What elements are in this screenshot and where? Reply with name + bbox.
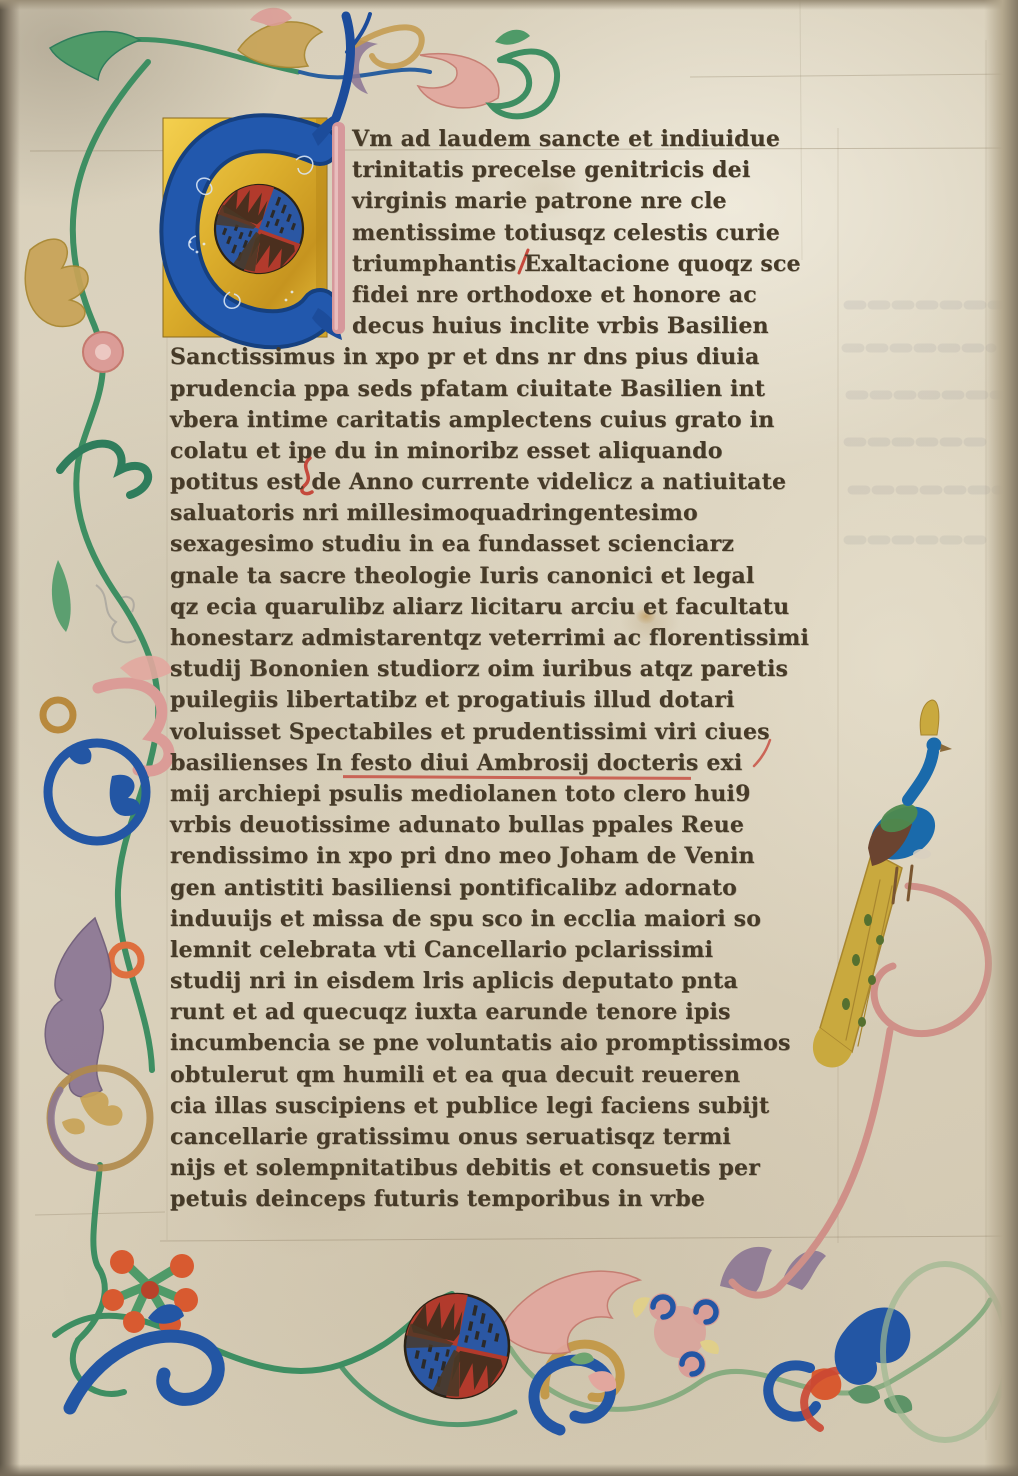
text-line: saluatoris nri millesimoquadringentesimo bbox=[170, 498, 850, 529]
text-line: gnale ta sacre theologie Iuris canonici … bbox=[170, 561, 850, 592]
ghost-text bbox=[846, 305, 1004, 540]
text-line: basilienses In festo diui Ambrosij docte… bbox=[170, 748, 850, 779]
text-line: colatu et ipe du in minoribz esset aliqu… bbox=[170, 436, 850, 467]
spiral-flower-cluster bbox=[633, 1293, 720, 1378]
peacock-head bbox=[927, 738, 942, 753]
text-line: petuis deinceps futuris temporibus in vr… bbox=[170, 1184, 850, 1215]
text-line: obtulerut qm humili et ea qua decuit reu… bbox=[170, 1060, 850, 1091]
text-line: puilegiis libertatibz et progatiuis illu… bbox=[170, 685, 850, 716]
text-line: Sanctissimus in xpo pr et dns nr dns piu… bbox=[170, 342, 850, 373]
text-line: lemnit celebrata vti Cancellario pclaris… bbox=[170, 935, 850, 966]
peacock-crest bbox=[920, 700, 939, 735]
text-block: Vm ad laudem sancte et indiuiduetrinitat… bbox=[170, 124, 850, 1216]
text-line: virginis marie patrone nre cle bbox=[170, 186, 850, 217]
text-line: studij nri in eisdem lris aplicis deputa… bbox=[170, 966, 850, 997]
text-line: vrbis deuotissime adunato bullas ppales … bbox=[170, 810, 850, 841]
manuscript-page: Vm ad laudem sancte et indiuiduetrinitat… bbox=[0, 0, 1018, 1476]
text-line: rendissimo in xpo pri dno meo Joham de V… bbox=[170, 841, 850, 872]
text-line: cia illas suscipiens et publice legi fac… bbox=[170, 1091, 850, 1122]
text-line: voluisset Spectabiles et prudentissimi v… bbox=[170, 717, 850, 748]
left-border-vine bbox=[25, 62, 172, 1394]
bottom-border-vine bbox=[55, 1247, 1007, 1440]
text-line: mij archiepi psulis mediolanen toto cler… bbox=[170, 779, 850, 810]
text-line: honestarz admistarentqz veterrimi ac flo… bbox=[170, 623, 850, 654]
text-line: incumbencia se pne voluntatis aio prompt… bbox=[170, 1028, 850, 1059]
text-line: decus huius inclite vrbis Basilien bbox=[170, 311, 850, 342]
text-line: Vm ad laudem sancte et indiuidue bbox=[170, 124, 850, 155]
text-line: nijs et solempnitatibus debitis et consu… bbox=[170, 1153, 850, 1184]
peacock-beak bbox=[940, 744, 952, 752]
top-border-flourish bbox=[50, 8, 557, 118]
text-line: runt et ad quecuqz iuxta earunde tenore … bbox=[170, 997, 850, 1028]
bottom-heraldic-roundel bbox=[395, 1284, 518, 1407]
peacock-neck bbox=[908, 752, 933, 800]
text-line: vbera intime caritatis amplectens cuius … bbox=[170, 405, 850, 436]
text-line: potitus est de Anno currente videlicz a … bbox=[170, 467, 850, 498]
text-line: mentissime totiusqz celestis curie bbox=[170, 218, 850, 249]
text-line: prudencia ppa seds pfatam ciuitate Basil… bbox=[170, 374, 850, 405]
text-line: fidei nre orthodoxe et honore ac bbox=[170, 280, 850, 311]
text-line: cancellarie gratissimu onus seruatisqz t… bbox=[170, 1122, 850, 1153]
text-line: qz ecia quarulibz aliarz licitaru arciu … bbox=[170, 592, 850, 623]
text-line: sexagesimo studiu in ea fundasset scienc… bbox=[170, 529, 850, 560]
text-line: triumphantis Exaltacione quoqz sce bbox=[170, 249, 850, 280]
text-line: studij Bononien studiorz oim iuribus atq… bbox=[170, 654, 850, 685]
text-line: trinitatis precelse genitricis dei bbox=[170, 155, 850, 186]
peacock-legs bbox=[893, 866, 912, 903]
text-line: induuijs et missa de spu sco in ecclia m… bbox=[170, 904, 850, 935]
text-line: gen antistiti basiliensi pontificalibz a… bbox=[170, 873, 850, 904]
